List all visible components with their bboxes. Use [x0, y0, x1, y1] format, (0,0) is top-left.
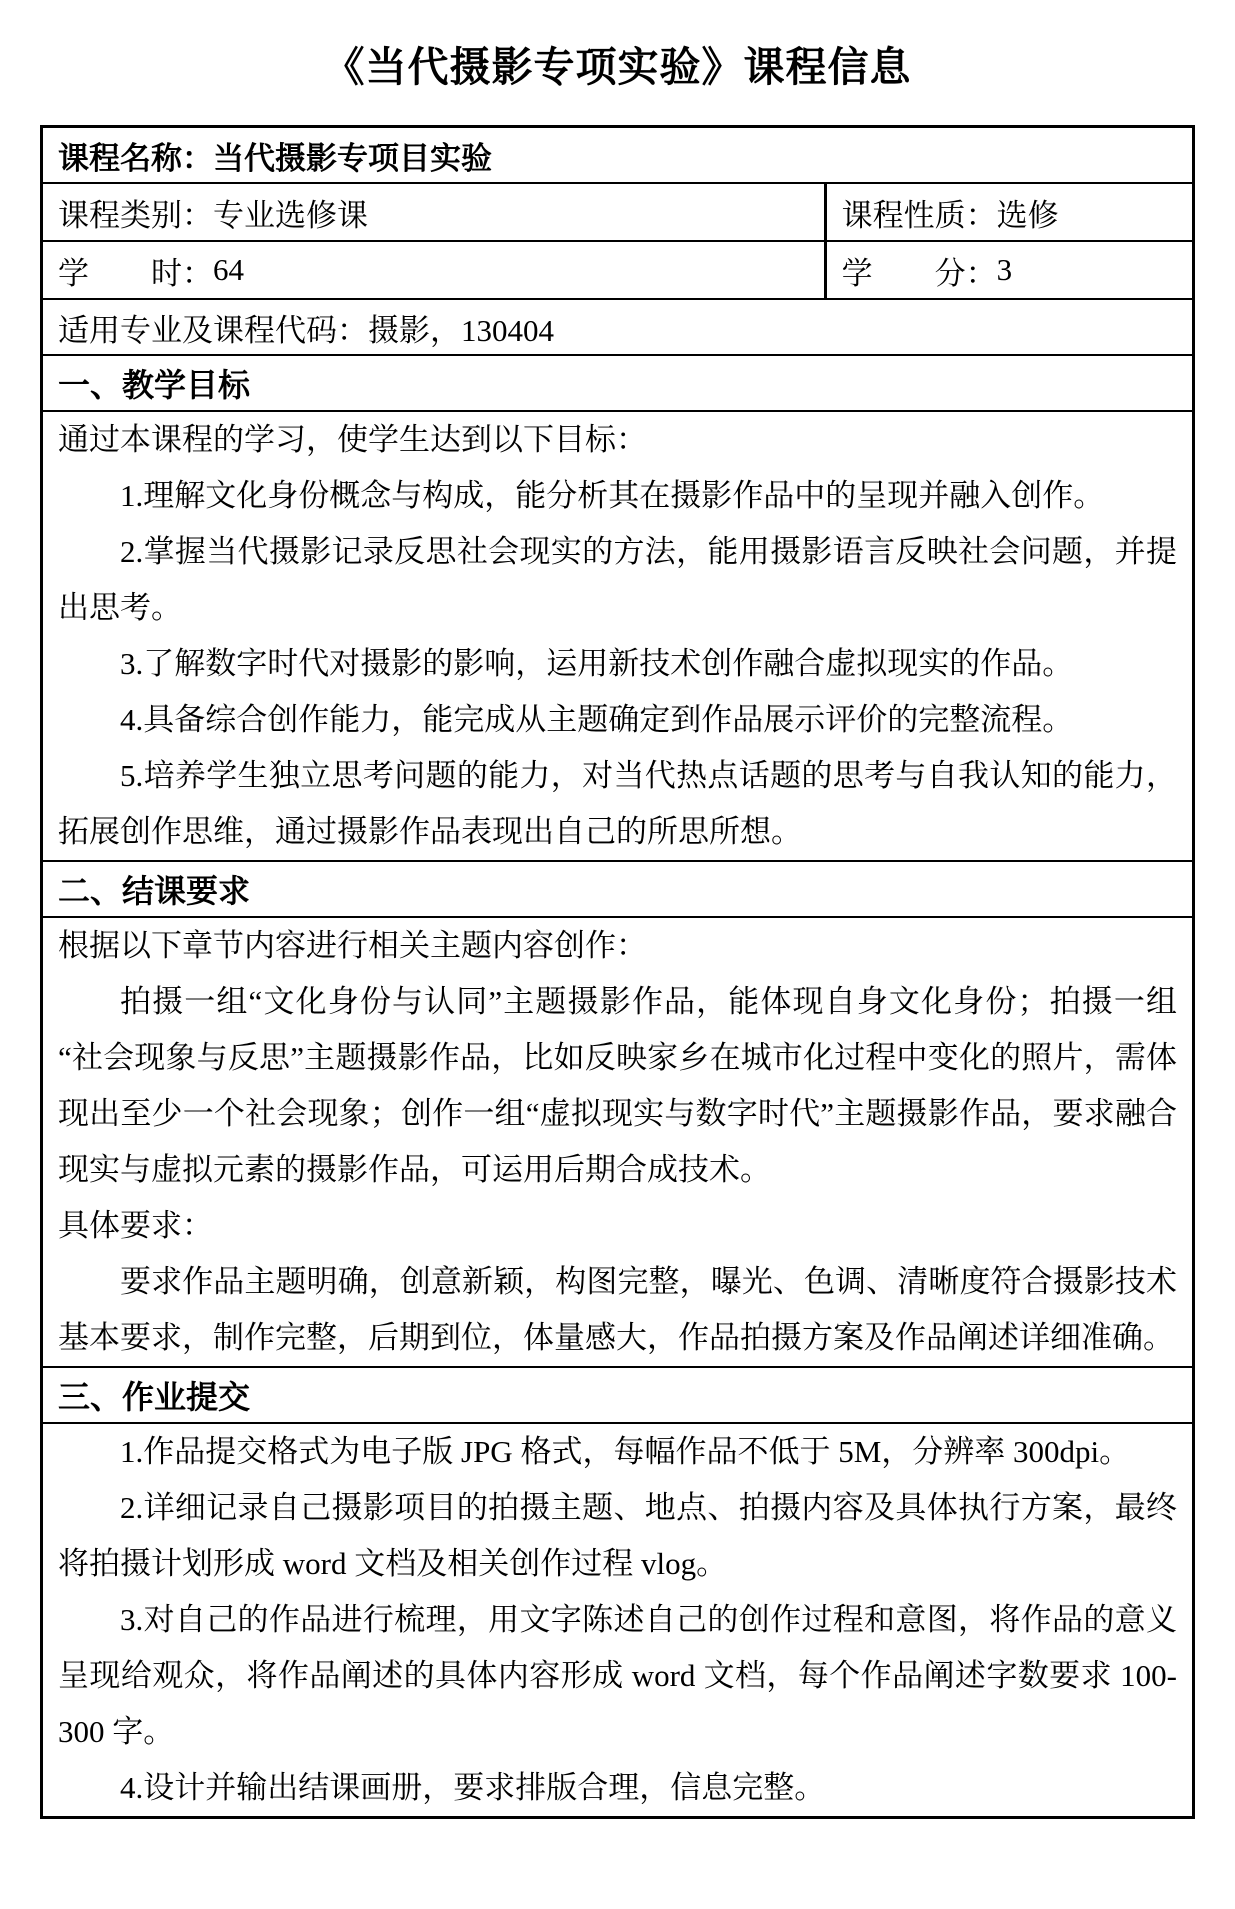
final-requirements-heading-text: 二、结课要求 [58, 866, 250, 912]
paragraph: 1.理解文化身份概念与构成，能分析其在摄影作品中的呈现并融入创作。 [58, 468, 1177, 524]
cell-hours: 学 时：64 [43, 242, 827, 298]
row-category-nature: 课程类别：专业选修课 课程性质：选修 [43, 184, 1192, 242]
paragraph: 拍摄一组“文化身份与认同”主题摄影作品，能体现自身文化身份；拍摄一组“社会现象与… [58, 974, 1177, 1198]
section-heading-homework-submission: 三、作业提交 [43, 1368, 1192, 1424]
section-body-teaching-goals: 通过本课程的学习，使学生达到以下目标： 1.理解文化身份概念与构成，能分析其在摄… [43, 412, 1192, 862]
credits-label: 学 分： [842, 248, 997, 293]
homework-submission-heading-text: 三、作业提交 [58, 1372, 250, 1418]
section-body-homework-submission: 1.作品提交格式为电子版 JPG 格式，每幅作品不低于 5M，分辨率 300dp… [43, 1424, 1192, 1816]
paragraph: 要求作品主题明确，创意新颖，构图完整，曝光、色调、清晰度符合摄影技术基本要求，制… [58, 1254, 1177, 1366]
section-heading-final-requirements: 二、结课要求 [43, 862, 1192, 918]
row-course-name: 课程名称：当代摄影专项目实验 [43, 128, 1192, 184]
row-major-code: 适用专业及课程代码：摄影，130404 [43, 300, 1192, 356]
major-code-label: 适用专业及课程代码： [58, 305, 368, 350]
credits-value: 3 [997, 252, 1013, 288]
paragraph: 4.设计并输出结课画册，要求排版合理，信息完整。 [58, 1760, 1177, 1816]
course-info-table: 课程名称：当代摄影专项目实验 课程类别：专业选修课 课程性质：选修 学 时：64… [40, 125, 1195, 1819]
course-category-label: 课程类别： [58, 190, 213, 235]
course-category-value: 专业选修课 [213, 190, 368, 235]
paragraph: 1.作品提交格式为电子版 JPG 格式，每幅作品不低于 5M，分辨率 300dp… [58, 1424, 1177, 1480]
cell-credits: 学 分：3 [827, 242, 1192, 298]
paragraph: 4.具备综合创作能力，能完成从主题确定到作品展示评价的完整流程。 [58, 692, 1177, 748]
course-name-value: 当代摄影专项目实验 [213, 133, 492, 178]
paragraph: 根据以下章节内容进行相关主题内容创作： [58, 918, 1177, 974]
cell-course-nature: 课程性质：选修 [827, 184, 1192, 240]
course-nature-value: 选修 [997, 190, 1059, 235]
paragraph: 2.掌握当代摄影记录反思社会现实的方法，能用摄影语言反映社会问题，并提出思考。 [58, 524, 1177, 636]
hours-value: 64 [213, 252, 244, 288]
paragraph: 3.了解数字时代对摄影的影响，运用新技术创作融合虚拟现实的作品。 [58, 636, 1177, 692]
page-title: 《当代摄影专项实验》课程信息 [0, 0, 1235, 125]
paragraph: 5.培养学生独立思考问题的能力，对当代热点话题的思考与自我认知的能力，拓展创作思… [58, 748, 1177, 860]
paragraph: 3.对自己的作品进行梳理，用文字陈述自己的创作过程和意图，将作品的意义呈现给观众… [58, 1592, 1177, 1760]
course-name-label: 课程名称： [58, 133, 213, 178]
row-hours-credits: 学 时：64 学 分：3 [43, 242, 1192, 300]
cell-course-category: 课程类别：专业选修课 [43, 184, 827, 240]
course-nature-label: 课程性质： [842, 190, 997, 235]
paragraph: 2.详细记录自己摄影项目的拍摄主题、地点、拍摄内容及具体执行方案，最终将拍摄计划… [58, 1480, 1177, 1592]
section-heading-teaching-goals: 一、教学目标 [43, 356, 1192, 412]
major-code-value: 摄影，130404 [368, 305, 554, 350]
paragraph: 通过本课程的学习，使学生达到以下目标： [58, 412, 1177, 468]
hours-label: 学 时： [58, 248, 213, 293]
section-body-final-requirements: 根据以下章节内容进行相关主题内容创作： 拍摄一组“文化身份与认同”主题摄影作品，… [43, 918, 1192, 1368]
teaching-goals-heading-text: 一、教学目标 [58, 360, 250, 406]
paragraph: 具体要求： [58, 1198, 1177, 1254]
